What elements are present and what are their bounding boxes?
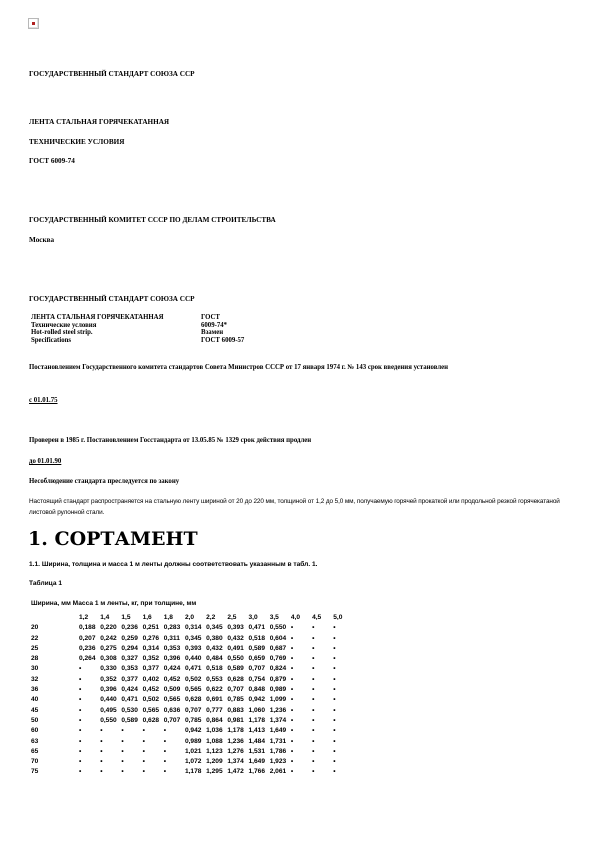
mass-cell: 1,036 xyxy=(206,726,227,736)
mass-cell: • xyxy=(333,757,354,767)
mass-cell: 0,236 xyxy=(79,644,100,654)
mass-cell: 0,352 xyxy=(143,654,164,664)
spec-value: ГОСТ 6009-57 xyxy=(201,337,244,345)
mass-cell: 0,622 xyxy=(206,685,227,695)
spec-label: ЛЕНТА СТАЛЬНАЯ ГОРЯЧЕКАТАННАЯ xyxy=(31,314,201,322)
mass-cell: • xyxy=(333,644,354,654)
mass-cell: • xyxy=(333,685,354,695)
mass-cell: 0,628 xyxy=(143,716,164,726)
mass-cell: • xyxy=(100,747,121,757)
section-heading: 1. СОРТАМЕНТ xyxy=(28,528,198,550)
width-cell: 22 xyxy=(31,634,79,644)
mass-cell: • xyxy=(143,726,164,736)
mass-cell: • xyxy=(312,737,333,747)
mass-cell: • xyxy=(312,695,333,705)
mass-cell: 0,207 xyxy=(79,634,100,644)
mass-cell: 0,989 xyxy=(270,685,291,695)
mass-cell: 0,518 xyxy=(249,634,270,644)
mass-cell: 0,440 xyxy=(185,654,206,664)
mass-cell: 0,251 xyxy=(143,623,164,633)
mass-table: 1,21,41,51,61,82,02,22,53,03,54,04,55,02… xyxy=(31,613,354,778)
mass-cell: • xyxy=(312,747,333,757)
mass-cell: • xyxy=(312,706,333,716)
mass-cell: 0,707 xyxy=(185,706,206,716)
mass-cell: 1,099 xyxy=(270,695,291,705)
width-cell: 45 xyxy=(31,706,79,716)
mass-cell: 0,883 xyxy=(227,706,248,716)
mass-cell: • xyxy=(312,757,333,767)
width-cell: 70 xyxy=(31,757,79,767)
table-row: 200,1880,2200,2360,2510,2830,3140,3450,3… xyxy=(31,623,354,633)
mass-cell: 0,352 xyxy=(100,675,121,685)
mass-cell: • xyxy=(291,675,312,685)
mass-cell: 0,530 xyxy=(121,706,142,716)
mass-cell: • xyxy=(79,706,100,716)
table-row: 50•0,5500,5890,6280,7070,7850,8640,9811,… xyxy=(31,716,354,726)
mass-cell: 0,471 xyxy=(249,623,270,633)
mass-cell: • xyxy=(312,644,333,654)
mass-cell: 0,330 xyxy=(100,664,121,674)
org-heading-2: ГОСУДАРСТВЕННЫЙ СТАНДАРТ СОЮЗА ССР xyxy=(29,295,195,304)
mass-cell: 0,275 xyxy=(100,644,121,654)
mass-cell: • xyxy=(291,757,312,767)
spec-label: Specifications xyxy=(31,337,201,345)
mass-cell: 1,088 xyxy=(206,737,227,747)
start-date: с 01.01.75 xyxy=(29,396,569,407)
mass-cell: • xyxy=(143,737,164,747)
mass-cell: • xyxy=(164,726,185,736)
mass-cell: • xyxy=(291,695,312,705)
table-row: 250,2360,2750,2940,3140,3530,3930,4320,4… xyxy=(31,644,354,654)
mass-cell: 0,769 xyxy=(270,654,291,664)
mass-cell: 1,786 xyxy=(270,747,291,757)
gost-code: ГОСТ 6009-74 xyxy=(29,157,75,166)
committee-name: ГОСУДАРСТВЕННЫЙ КОМИТЕТ СССР ПО ДЕЛАМ СТ… xyxy=(29,216,276,225)
mass-cell: 1,649 xyxy=(270,726,291,736)
mass-cell: 0,220 xyxy=(100,623,121,633)
mass-cell: 0,396 xyxy=(164,654,185,664)
mass-cell: • xyxy=(164,767,185,777)
mass-cell: 0,691 xyxy=(206,695,227,705)
document-subtitle: ТЕХНИЧЕСКИЕ УСЛОВИЯ xyxy=(29,138,124,147)
mass-cell: • xyxy=(143,747,164,757)
mass-cell: 1,060 xyxy=(249,706,270,716)
mass-cell: • xyxy=(333,695,354,705)
spec-label: Технические условия xyxy=(31,322,201,330)
mass-cell: • xyxy=(291,747,312,757)
mass-cell: 0,628 xyxy=(227,675,248,685)
thickness-header: 1,2 xyxy=(79,613,100,623)
mass-cell: 0,484 xyxy=(206,654,227,664)
table-row: 32•0,3520,3770,4020,4520,5020,5530,6280,… xyxy=(31,675,354,685)
mass-cell: • xyxy=(79,726,100,736)
mass-cell: 0,264 xyxy=(79,654,100,664)
document-title: ЛЕНТА СТАЛЬНАЯ ГОРЯЧЕКАТАННАЯ xyxy=(29,118,169,127)
mass-cell: • xyxy=(333,706,354,716)
mass-cell: • xyxy=(143,767,164,777)
mass-cell: • xyxy=(79,737,100,747)
checked-paragraph: Проверен в 1985 г. Постановлением Госста… xyxy=(29,436,569,447)
mass-cell: 0,989 xyxy=(185,737,206,747)
mass-cell: 1,413 xyxy=(249,726,270,736)
mass-cell: • xyxy=(333,747,354,757)
mass-cell: 0,283 xyxy=(164,623,185,633)
mass-cell: 0,942 xyxy=(249,695,270,705)
mass-cell: • xyxy=(333,716,354,726)
mass-cell: • xyxy=(312,664,333,674)
width-cell: 25 xyxy=(31,644,79,654)
mass-cell: 1,072 xyxy=(185,757,206,767)
mass-cell: 0,518 xyxy=(206,664,227,674)
spec-header-table: ЛЕНТА СТАЛЬНАЯ ГОРЯЧЕКАТАННАЯГОСТТехниче… xyxy=(31,314,244,344)
mass-cell: 1,649 xyxy=(249,757,270,767)
mass-cell: 0,424 xyxy=(164,664,185,674)
width-cell: 36 xyxy=(31,685,79,695)
mass-cell: 0,393 xyxy=(227,623,248,633)
mass-cell: • xyxy=(291,654,312,664)
mass-cell: • xyxy=(79,757,100,767)
broken-image-icon xyxy=(28,18,39,29)
width-cell: 60 xyxy=(31,726,79,736)
width-cell: 32 xyxy=(31,675,79,685)
mass-cell: • xyxy=(100,767,121,777)
mass-cell: 0,777 xyxy=(206,706,227,716)
mass-cell: • xyxy=(79,747,100,757)
end-date: до 01.01.90 xyxy=(29,457,569,468)
mass-cell: • xyxy=(333,767,354,777)
spec-value: 6009-74* xyxy=(201,322,244,330)
mass-cell: 0,604 xyxy=(270,634,291,644)
mass-cell: 1,484 xyxy=(249,737,270,747)
thickness-header: 3,0 xyxy=(249,613,270,623)
mass-cell: • xyxy=(291,726,312,736)
mass-cell: 0,565 xyxy=(185,685,206,695)
mass-cell: 0,550 xyxy=(100,716,121,726)
spec-row: SpecificationsГОСТ 6009-57 xyxy=(31,337,244,345)
mass-cell: 1,531 xyxy=(249,747,270,757)
thickness-header: 2,0 xyxy=(185,613,206,623)
width-cell: 75 xyxy=(31,767,79,777)
mass-cell: 1,178 xyxy=(249,716,270,726)
table-row: 65•••••1,0211,1231,2761,5311,786••• xyxy=(31,747,354,757)
thickness-header: 1,6 xyxy=(143,613,164,623)
mass-cell: 0,432 xyxy=(227,634,248,644)
width-cell: 63 xyxy=(31,737,79,747)
thickness-header: 4,0 xyxy=(291,613,312,623)
width-cell: 40 xyxy=(31,695,79,705)
spec-row: Технические условия6009-74* xyxy=(31,322,244,330)
mass-cell: 0,565 xyxy=(143,706,164,716)
mass-cell: 1,923 xyxy=(270,757,291,767)
table-row: 45•0,4950,5300,5650,6360,7070,7770,8831,… xyxy=(31,706,354,716)
mass-cell: 0,377 xyxy=(143,664,164,674)
thickness-header: 2,5 xyxy=(227,613,248,623)
mass-cell: 0,550 xyxy=(227,654,248,664)
mass-cell: • xyxy=(291,767,312,777)
mass-cell: 0,327 xyxy=(121,654,142,664)
thickness-header: 4,5 xyxy=(312,613,333,623)
mass-cell: • xyxy=(164,757,185,767)
mass-cell: • xyxy=(164,737,185,747)
mass-cell: 0,294 xyxy=(121,644,142,654)
mass-cell: 0,452 xyxy=(164,675,185,685)
mass-cell: 0,942 xyxy=(185,726,206,736)
spec-row: Hot-rolled steel strip.Взамен xyxy=(31,329,244,337)
mass-cell: 0,353 xyxy=(164,644,185,654)
mass-cell: • xyxy=(312,716,333,726)
mass-cell: 1,209 xyxy=(206,757,227,767)
mass-cell: • xyxy=(79,675,100,685)
mass-cell: • xyxy=(333,654,354,664)
mass-cell: 1,374 xyxy=(227,757,248,767)
mass-cell: 0,565 xyxy=(164,695,185,705)
mass-cell: • xyxy=(312,623,333,633)
penalty-notice: Несоблюдение стандарта преследуется по з… xyxy=(29,477,569,488)
clause-1-1: 1.1. Ширина, толщина и масса 1 м ленты д… xyxy=(29,561,318,569)
width-cell: 50 xyxy=(31,716,79,726)
mass-cell: • xyxy=(312,767,333,777)
mass-cell: 0,440 xyxy=(100,695,121,705)
mass-cell: 0,432 xyxy=(206,644,227,654)
table-row: 60•••••0,9421,0361,1781,4131,649••• xyxy=(31,726,354,736)
mass-cell: 0,276 xyxy=(143,634,164,644)
mass-cell: 0,824 xyxy=(270,664,291,674)
mass-cell: 0,259 xyxy=(121,634,142,644)
thickness-header-row: 1,21,41,51,61,82,02,22,53,03,54,04,55,0 xyxy=(31,613,354,623)
width-cell: 30 xyxy=(31,664,79,674)
mass-cell: 0,502 xyxy=(185,675,206,685)
mass-cell: • xyxy=(164,747,185,757)
mass-cell: • xyxy=(143,757,164,767)
mass-cell: 0,707 xyxy=(249,664,270,674)
mass-cell: • xyxy=(79,767,100,777)
mass-cell: 0,314 xyxy=(143,644,164,654)
mass-cell: 0,509 xyxy=(164,685,185,695)
mass-cell: • xyxy=(291,737,312,747)
thickness-header: 1,8 xyxy=(164,613,185,623)
mass-cell: • xyxy=(312,675,333,685)
width-cell: 65 xyxy=(31,747,79,757)
mass-cell: • xyxy=(121,747,142,757)
mass-cell: 0,495 xyxy=(100,706,121,716)
mass-cell: • xyxy=(79,664,100,674)
mass-cell: 1,178 xyxy=(185,767,206,777)
spec-value: ГОСТ xyxy=(201,314,244,322)
width-cell: 20 xyxy=(31,623,79,633)
mass-cell: • xyxy=(312,685,333,695)
mass-cell: 0,424 xyxy=(121,685,142,695)
thickness-header: 5,0 xyxy=(333,613,354,623)
scope-paragraph: Настоящий стандарт распространяется на с… xyxy=(29,497,569,518)
mass-cell: 0,393 xyxy=(185,644,206,654)
mass-cell: 0,589 xyxy=(227,664,248,674)
table-row: 280,2640,3080,3270,3520,3960,4400,4840,5… xyxy=(31,654,354,664)
mass-cell: 0,879 xyxy=(270,675,291,685)
mass-cell: 0,550 xyxy=(270,623,291,633)
mass-cell: • xyxy=(79,695,100,705)
mass-cell: 0,491 xyxy=(227,644,248,654)
thickness-header: 2,2 xyxy=(206,613,227,623)
table-label: Таблица 1 xyxy=(29,580,62,588)
mass-cell: 0,377 xyxy=(121,675,142,685)
mass-cell: 0,589 xyxy=(121,716,142,726)
mass-cell: 0,471 xyxy=(121,695,142,705)
mass-cell: • xyxy=(121,726,142,736)
mass-cell: 0,659 xyxy=(249,654,270,664)
mass-cell: 1,021 xyxy=(185,747,206,757)
mass-cell: 2,061 xyxy=(270,767,291,777)
mass-cell: 0,553 xyxy=(206,675,227,685)
mass-cell: • xyxy=(121,757,142,767)
mass-cell: 0,502 xyxy=(143,695,164,705)
mass-cell: 0,314 xyxy=(185,623,206,633)
table-row: 36•0,3960,4240,4520,5090,5650,6220,7070,… xyxy=(31,685,354,695)
spec-value: Взамен xyxy=(201,329,244,337)
mass-cell: 0,380 xyxy=(206,634,227,644)
mass-cell: • xyxy=(291,634,312,644)
mass-cell: 0,345 xyxy=(206,623,227,633)
mass-cell: 0,471 xyxy=(185,664,206,674)
mass-cell: • xyxy=(291,685,312,695)
mass-cell: • xyxy=(333,675,354,685)
thickness-header: 1,4 xyxy=(100,613,121,623)
table-row: 75•••••1,1781,2951,4721,7662,061••• xyxy=(31,767,354,777)
mass-cell: 0,785 xyxy=(185,716,206,726)
mass-cell: 1,472 xyxy=(227,767,248,777)
mass-cell: 0,242 xyxy=(100,634,121,644)
table-row: 70•••••1,0721,2091,3741,6491,923••• xyxy=(31,757,354,767)
mass-cell: • xyxy=(100,757,121,767)
mass-cell: 1,123 xyxy=(206,747,227,757)
mass-cell: • xyxy=(333,623,354,633)
table-caption: Ширина, мм Масса 1 м ленты, кг, при толщ… xyxy=(31,600,196,608)
mass-cell: • xyxy=(291,644,312,654)
mass-cell: 1,766 xyxy=(249,767,270,777)
mass-cell: • xyxy=(312,654,333,664)
mass-cell: • xyxy=(79,716,100,726)
mass-cell: • xyxy=(291,716,312,726)
mass-cell: 0,754 xyxy=(249,675,270,685)
mass-cell: 1,236 xyxy=(227,737,248,747)
mass-cell: • xyxy=(121,737,142,747)
thickness-header: 1,5 xyxy=(121,613,142,623)
width-cell: 28 xyxy=(31,654,79,664)
mass-cell: 1,276 xyxy=(227,747,248,757)
mass-cell: 0,707 xyxy=(227,685,248,695)
mass-cell: 0,345 xyxy=(185,634,206,644)
mass-cell: • xyxy=(333,664,354,674)
mass-cell: • xyxy=(291,706,312,716)
mass-cell: 0,311 xyxy=(164,634,185,644)
header-corner xyxy=(31,613,79,623)
mass-cell: 0,636 xyxy=(164,706,185,716)
mass-cell: 0,402 xyxy=(143,675,164,685)
thickness-header: 3,5 xyxy=(270,613,291,623)
org-heading: ГОСУДАРСТВЕННЫЙ СТАНДАРТ СОЮЗА ССР xyxy=(29,70,195,79)
mass-cell: 1,374 xyxy=(270,716,291,726)
table-row: 220,2070,2420,2590,2760,3110,3450,3800,4… xyxy=(31,634,354,644)
mass-cell: 0,628 xyxy=(185,695,206,705)
mass-cell: • xyxy=(291,664,312,674)
mass-cell: 0,188 xyxy=(79,623,100,633)
mass-cell: • xyxy=(333,726,354,736)
mass-cell: 0,785 xyxy=(227,695,248,705)
mass-cell: • xyxy=(333,634,354,644)
mass-cell: • xyxy=(333,737,354,747)
mass-cell: 1,236 xyxy=(270,706,291,716)
mass-cell: 0,848 xyxy=(249,685,270,695)
mass-cell: 1,731 xyxy=(270,737,291,747)
mass-cell: 0,308 xyxy=(100,654,121,664)
table-row: 63•••••0,9891,0881,2361,4841,731••• xyxy=(31,737,354,747)
table-row: 40•0,4400,4710,5020,5650,6280,6910,7850,… xyxy=(31,695,354,705)
mass-cell: 0,452 xyxy=(143,685,164,695)
spec-row: ЛЕНТА СТАЛЬНАЯ ГОРЯЧЕКАТАННАЯГОСТ xyxy=(31,314,244,322)
mass-cell: 0,236 xyxy=(121,623,142,633)
mass-cell: 0,353 xyxy=(121,664,142,674)
mass-cell: 0,864 xyxy=(206,716,227,726)
city: Москва xyxy=(29,236,54,245)
mass-cell: • xyxy=(79,685,100,695)
spec-label: Hot-rolled steel strip. xyxy=(31,329,201,337)
mass-cell: 1,295 xyxy=(206,767,227,777)
mass-cell: • xyxy=(100,726,121,736)
mass-cell: 0,687 xyxy=(270,644,291,654)
mass-cell: 0,589 xyxy=(249,644,270,654)
mass-cell: 0,396 xyxy=(100,685,121,695)
table-row: 30•0,3300,3530,3770,4240,4710,5180,5890,… xyxy=(31,664,354,674)
mass-cell: 0,707 xyxy=(164,716,185,726)
mass-cell: • xyxy=(121,767,142,777)
decree-paragraph: Постановлением Государственного комитета… xyxy=(29,363,569,374)
mass-cell: • xyxy=(312,726,333,736)
mass-cell: 0,981 xyxy=(227,716,248,726)
mass-cell: 1,178 xyxy=(227,726,248,736)
mass-cell: • xyxy=(312,634,333,644)
mass-cell: • xyxy=(100,737,121,747)
mass-cell: • xyxy=(291,623,312,633)
